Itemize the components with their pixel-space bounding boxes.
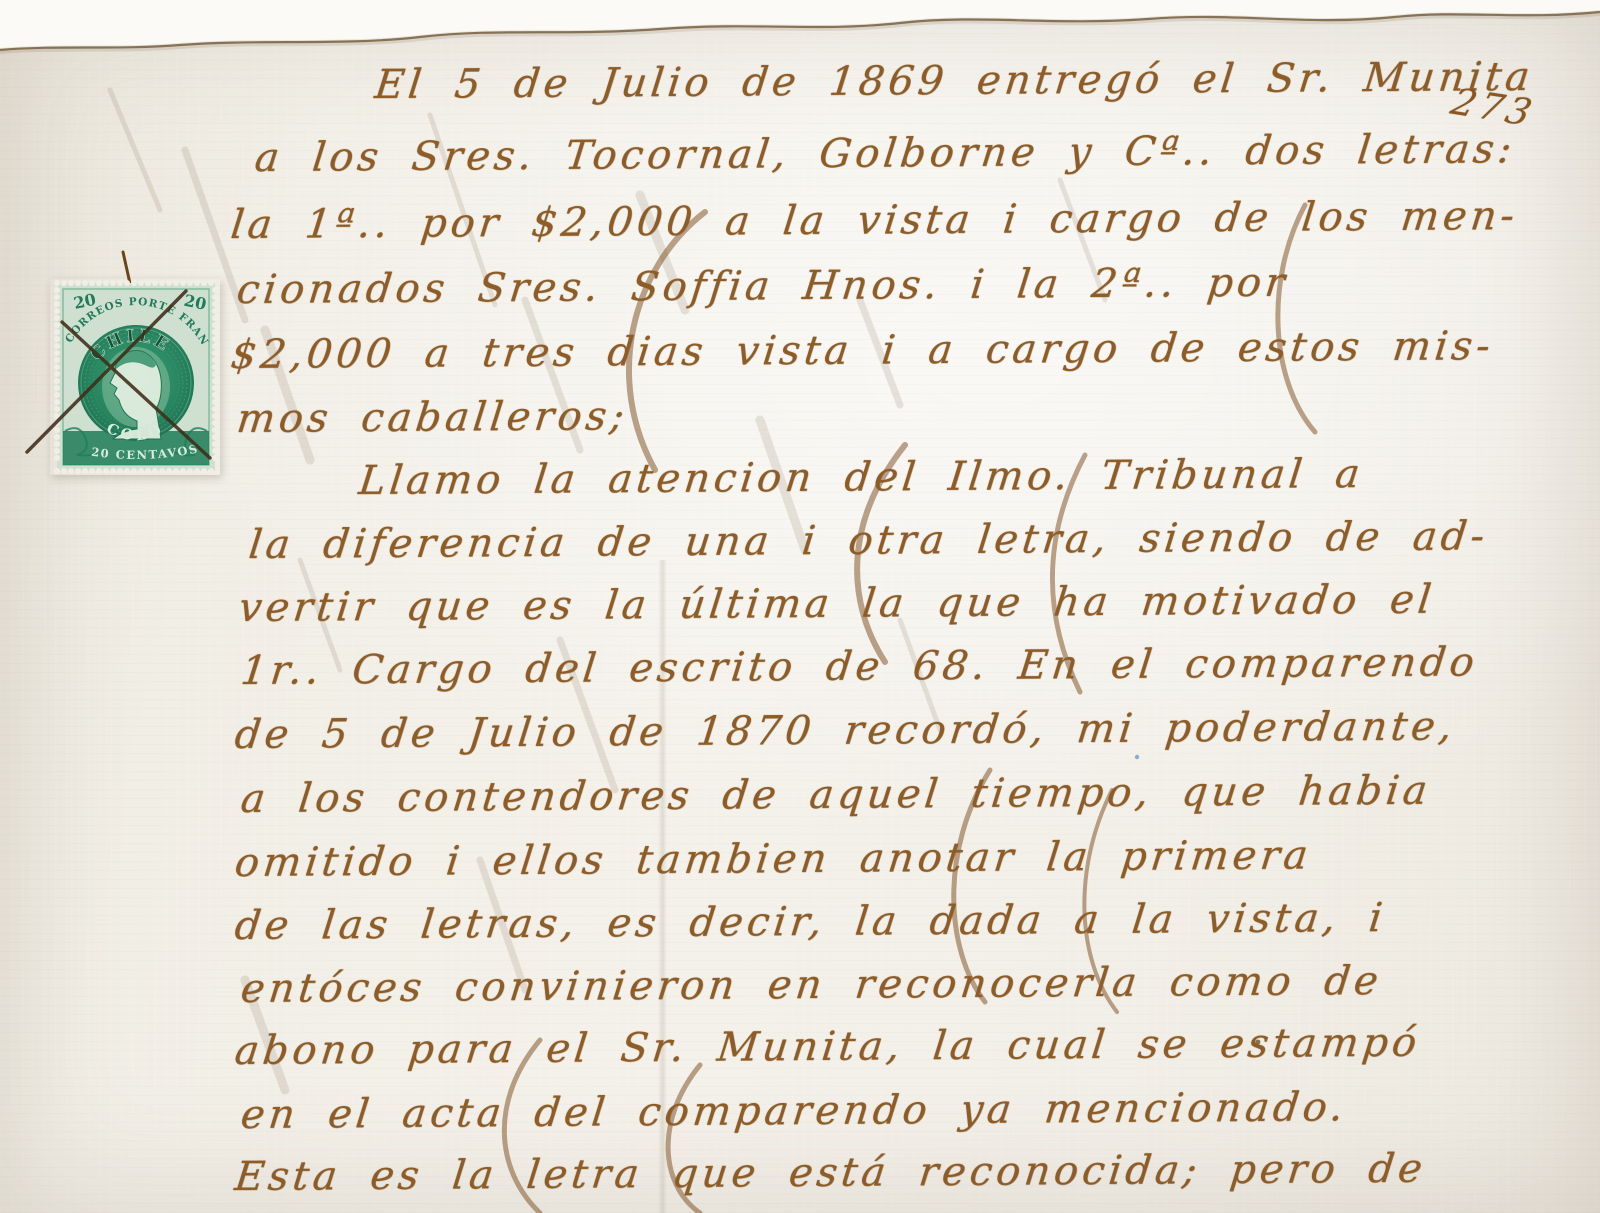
manuscript-line: a los Sres. Tocornal, Golborne y Cª.. do…: [252, 122, 1519, 185]
manuscript-line: abono para el Sr. Munita, la cual se est…: [232, 1016, 1423, 1078]
manuscript-line: a los contendores de aquel tiempo, que h…: [238, 764, 1434, 826]
manuscript-line: de las letras, es decir, la dada a la vi…: [232, 891, 1389, 953]
manuscript-line: cionados Sres. Soffia Hnos. i la 2ª.. po…: [234, 256, 1292, 317]
manuscript-line: en el acta del comparendo ya mencionado.: [238, 1080, 1350, 1142]
scanned-manuscript-page: { "document": { "kind": "handwritten man…: [0, 0, 1600, 1213]
manuscript-line: El 5 de Julio de 1869 entregó el Sr. Mun…: [372, 50, 1536, 112]
manuscript-line: de 5 de Julio de 1870 recordó, mi poderd…: [232, 699, 1459, 762]
manuscript-line: omitido i ellos tambien anotar la primer…: [232, 828, 1315, 890]
manuscript-line: Llamo la atencion del Ilmo. Tribunal a: [356, 447, 1367, 508]
manuscript-line: Esta es la letra que está reconocida; pe…: [232, 1142, 1429, 1204]
manuscript-line: la 1ª.. por $2,000 a la vista i cargo de…: [228, 189, 1521, 252]
postage-stamp: 20 20 CORREOS PORTE FRANCO CHILE COLON 2…: [53, 281, 219, 473]
manuscript-line: vertir que es la última la que ha motiva…: [236, 573, 1438, 635]
manuscript-line: $2,000 a tres dias vista i a cargo de es…: [228, 319, 1497, 382]
manuscript-line: la diferencia de una i otra letra, siend…: [246, 509, 1491, 572]
manuscript-line: 1r.. Cargo del escrito de 68. En el comp…: [238, 635, 1481, 698]
manuscript-line: entóces convinieron en reconocerla como …: [238, 954, 1385, 1016]
manuscript-line: mos caballeros;: [234, 389, 631, 446]
